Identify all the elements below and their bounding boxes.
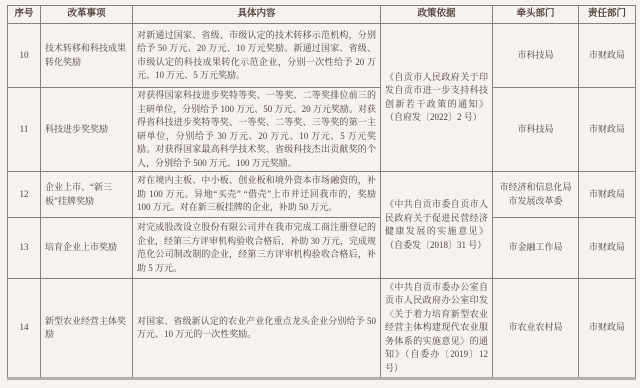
cell-lead-department: 市经济和信息化局 市发展改革委 [493, 172, 579, 218]
cell-responsible-department: 市财政局 [579, 218, 636, 279]
cell-lead-department: 市金融工作局 [493, 218, 579, 279]
cell-no: 12 [8, 172, 41, 218]
col-header-policy: 政策依据 [381, 6, 493, 24]
cell-no: 10 [8, 24, 41, 88]
cell-content: 对国家、省级新认定的农业产业化重点龙头企业分别给予 50 万元、10 万元的一次… [133, 279, 381, 379]
cell-reform-item: 新型农业经营主体奖励 [41, 279, 133, 379]
cell-reform-item: 技术转移和科技成果转化奖励 [41, 24, 133, 88]
cell-reform-item: 培育企业上市奖励 [41, 218, 133, 279]
table-row: 14 新型农业经营主体奖励 对国家、省级新认定的农业产业化重点龙头企业分别给予 … [8, 279, 636, 379]
col-header-lead: 牵头部门 [493, 6, 579, 24]
table-row: 10 技术转移和科技成果转化奖励 对新通过国家、省级、市级认定的技术转移示范机构… [8, 24, 636, 88]
cell-responsible-department: 市财政局 [579, 88, 636, 172]
col-header-content: 具体内容 [133, 6, 381, 24]
cell-content: 对获得国家科技进步奖特等奖、一等奖、二等奖排位前三的主研单位，分别给予 100 … [133, 88, 381, 172]
cell-content: 对新通过国家、省级、市级认定的技术转移示范机构，分别给予 50 万元、20 万元… [133, 24, 381, 88]
header-row: 序号 改革事项 具体内容 政策依据 牵头部门 责任部门 [8, 6, 636, 24]
cell-no: 13 [8, 218, 41, 279]
document-page: 序号 改革事项 具体内容 政策依据 牵头部门 责任部门 10 技术转移和科技成果… [0, 0, 640, 388]
cell-lead-department: 市农业农村局 [493, 279, 579, 379]
cell-policy-basis: 《自贡市人民政府关于印发自贡市进一步支持科技创新若干政策的通知》（自府发〔202… [381, 24, 493, 172]
cell-lead-department: 市科技局 [493, 24, 579, 88]
cell-content: 对完成股改设立股份有限公司并在我市完成工商注册登记的企业，经第三方评审机构验收合… [133, 218, 381, 279]
cell-reform-item: 企业上市、“新三板”挂牌奖励 [41, 172, 133, 218]
table-row: 12 企业上市、“新三板”挂牌奖励 对在境内主板、中小板、创业板和境外资本市场融… [8, 172, 636, 218]
cell-no: 11 [8, 88, 41, 172]
table-row: 11 科技进步奖奖励 对获得国家科技进步奖特等奖、一等奖、二等奖排位前三的主研单… [8, 88, 636, 172]
cell-content: 对在境内主板、中小板、创业板和境外资本市场融资的，补助 100 万元。异地“买壳… [133, 172, 381, 218]
reform-rewards-table: 序号 改革事项 具体内容 政策依据 牵头部门 责任部门 10 技术转移和科技成果… [7, 5, 636, 380]
table-row: 13 培育企业上市奖励 对完成股改设立股份有限公司并在我市完成工商注册登记的企业… [8, 218, 636, 279]
cell-lead-department: 市科技局 [493, 88, 579, 172]
cell-reform-item: 科技进步奖奖励 [41, 88, 133, 172]
cell-policy-basis: 《中共自贡市委自贡市人民政府关于促进民营经济健康发展的实施意见》（自委发〔201… [381, 172, 493, 279]
cell-responsible-department: 市财政局 [579, 279, 636, 379]
cell-policy-basis: 《中共自贡市委办公室自贡市人民政府办公室印发〈关于着力培育新型农业经营主体构建现… [381, 279, 493, 379]
col-header-responsible: 责任部门 [579, 6, 636, 24]
col-header-no: 序号 [8, 6, 41, 24]
col-header-item: 改革事项 [41, 6, 133, 24]
cell-responsible-department: 市财政局 [579, 24, 636, 88]
cell-responsible-department: 市财政局 [579, 172, 636, 218]
cell-no: 14 [8, 279, 41, 379]
